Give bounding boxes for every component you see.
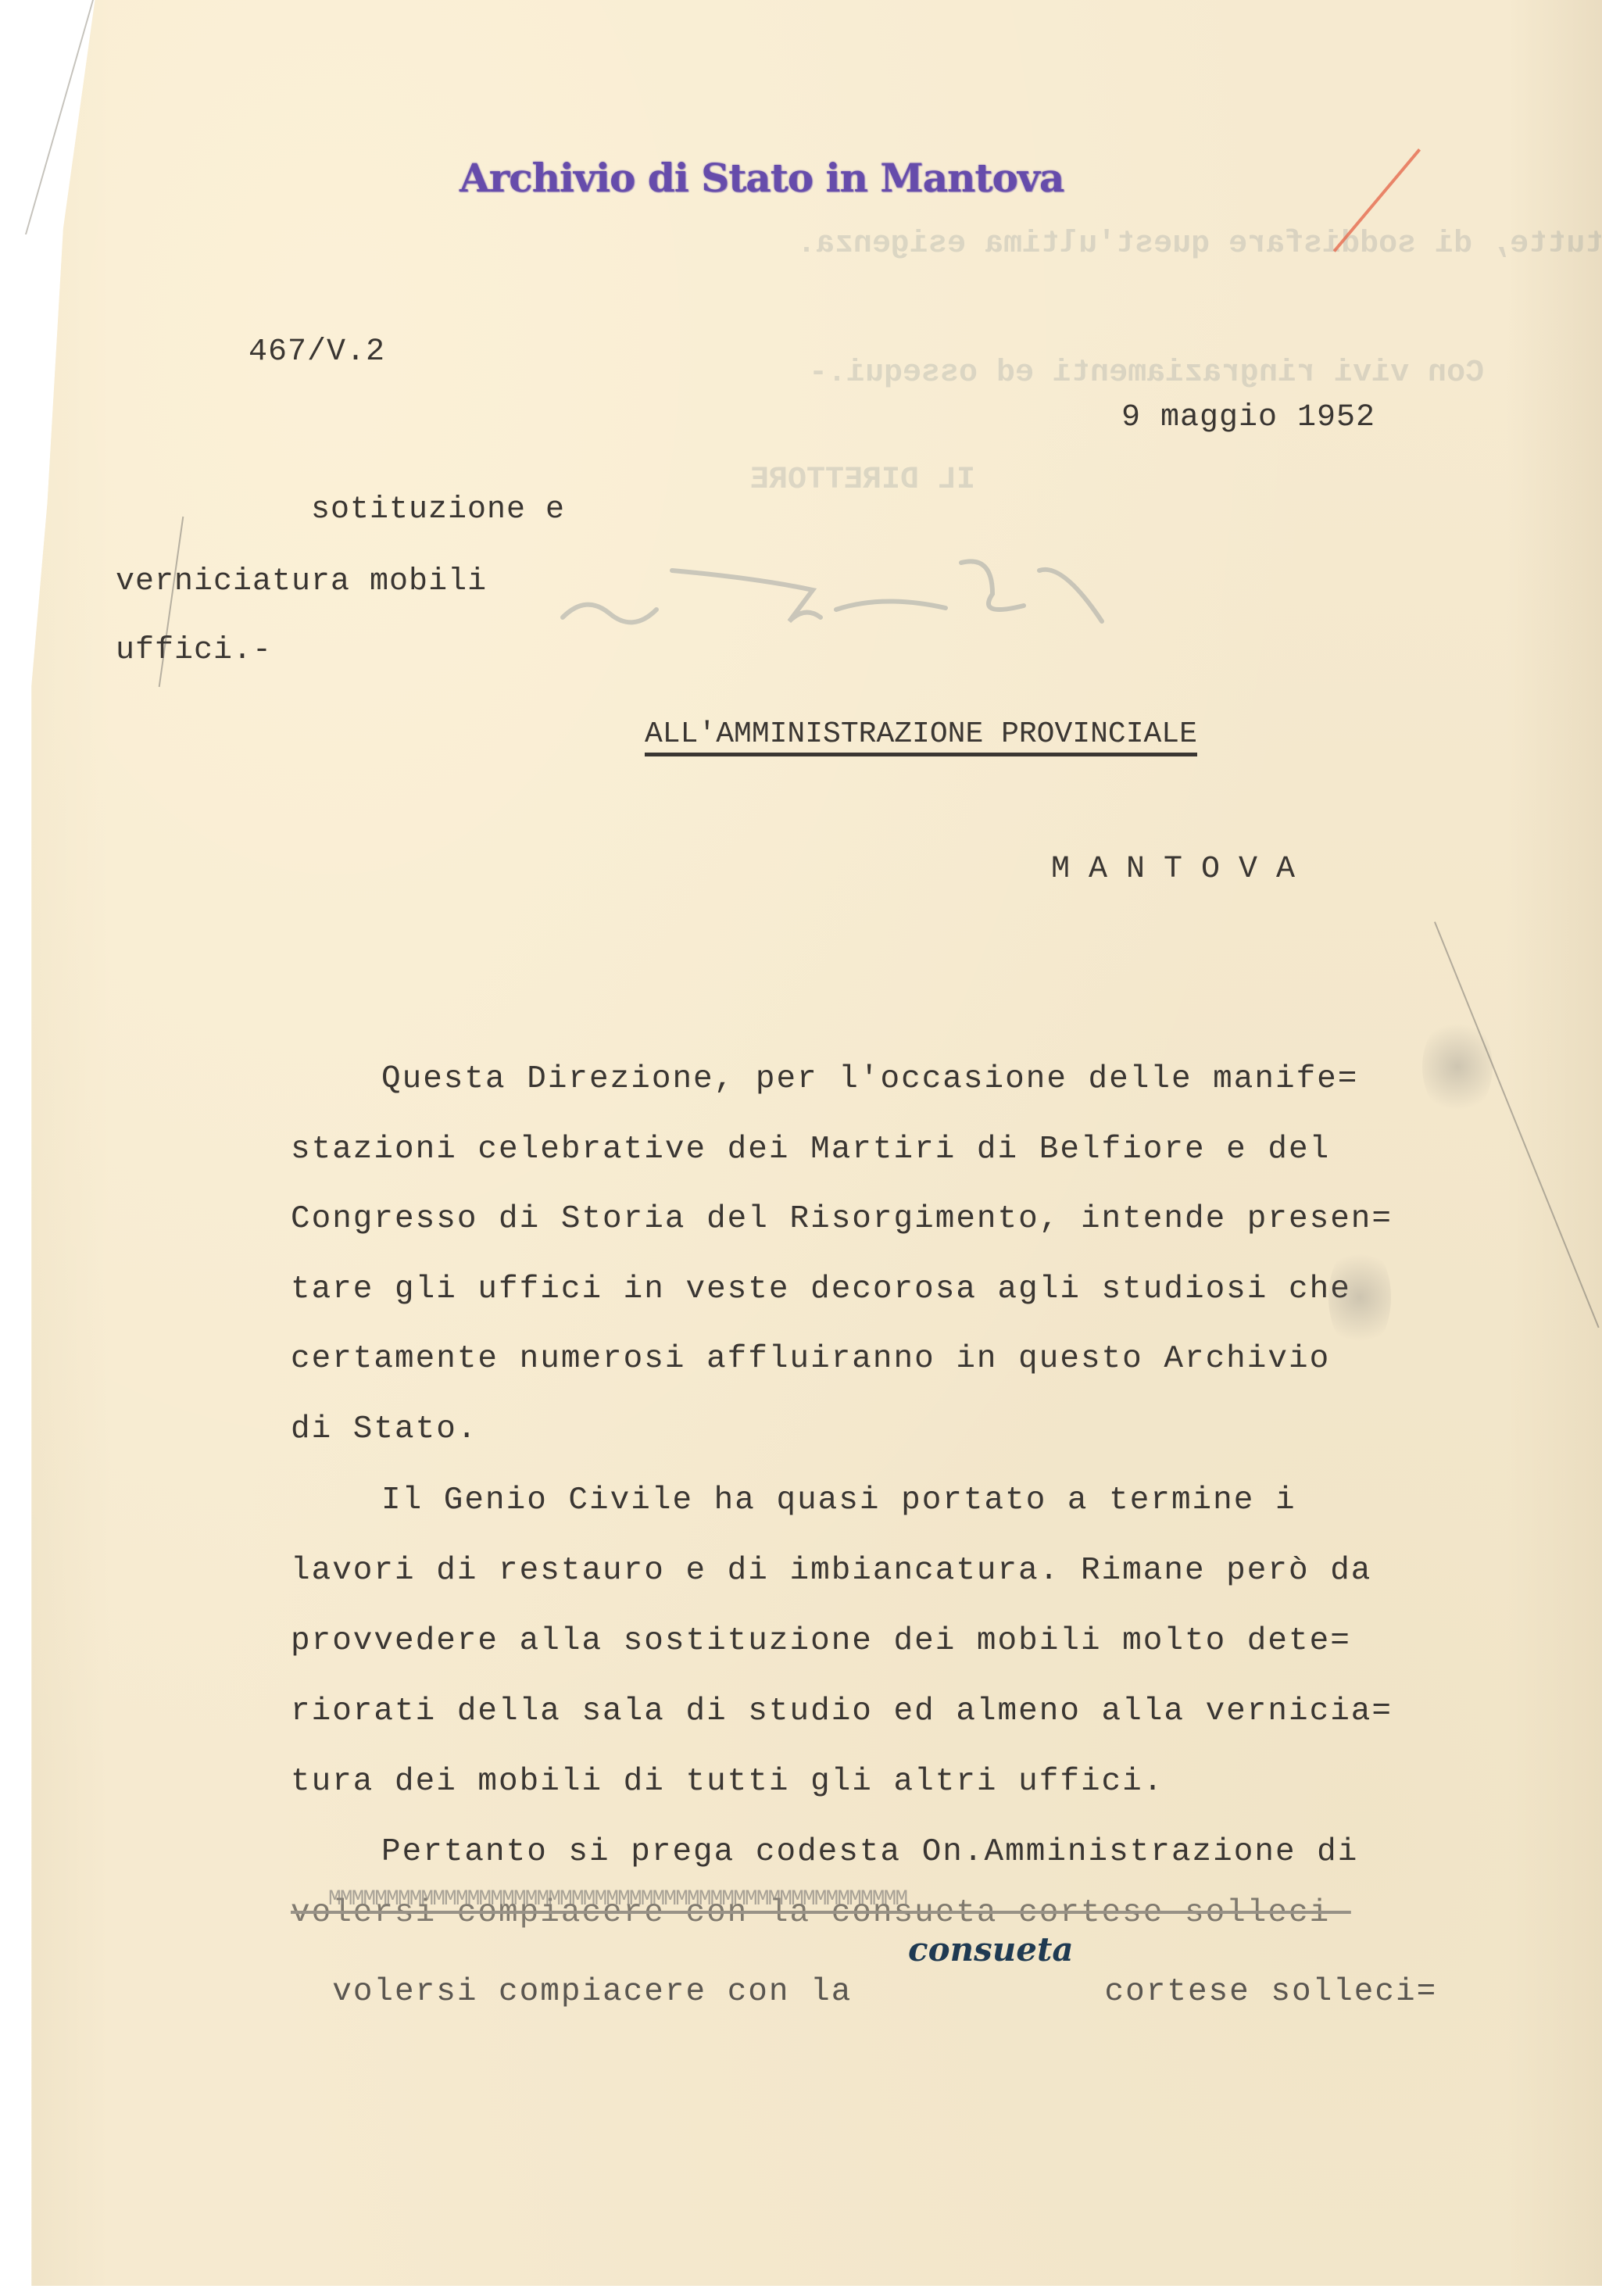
final-line: volersi compiacere con la cortese sollec… (291, 1938, 1437, 2010)
body-line-3: Congresso di Storia del Risorgimento, in… (291, 1201, 1393, 1237)
body-line-5: certamente numerosi affluiranno in quest… (291, 1341, 1330, 1377)
protocol-number: 467/V.2 (249, 334, 385, 370)
body-line-4: tare gli uffici in veste decorosa agli s… (291, 1271, 1351, 1307)
letter-date: 9 maggio 1952 (1121, 400, 1375, 435)
overtype-marks: MMMMMMMMMMMMMMMMMMMMMMMMMMMMMMMMMMMMMMMM… (328, 1887, 906, 1912)
body-line-2: stazioni celebrative dei Martiri di Belf… (291, 1132, 1330, 1168)
body-line-9: provvedere alla sostituzione dei mobili … (291, 1623, 1351, 1659)
subject-line-3: uffici.- (116, 633, 272, 668)
body-line-11: tura dei mobili di tutti gli altri uffic… (291, 1764, 1164, 1800)
bleed-through-line-3: IL DIRETTORE (750, 463, 975, 498)
body-line-12: Pertanto si prega codesta On.Amministraz… (381, 1834, 1358, 1870)
final-line-before: volersi compiacere con la (332, 1974, 873, 2010)
ink-smudge (1328, 1243, 1391, 1352)
body-line-7: Il Genio Civile ha quasi portato a termi… (381, 1482, 1296, 1518)
archive-stamp: Archivio di Stato in Mantova (460, 155, 1064, 201)
addressee: ALL'AMMINISTRAZIONE PROVINCIALE (645, 717, 1197, 756)
bleed-through-line-1: tutte, di soddisfare quest'ultima esigen… (797, 227, 1602, 262)
handwritten-correction: consueta (908, 1930, 1074, 1969)
final-line-after: cortese solleci= (1084, 1974, 1437, 2010)
addressee-city: MANTOVA (1051, 852, 1314, 887)
body-line-1: Questa Direzione, per l'occasione delle … (381, 1061, 1358, 1097)
subject-line-1: sotituzione e (311, 492, 565, 528)
bleed-through-line-2: Con vivi ringraziamenti ed ossequi.- (809, 356, 1484, 391)
body-line-6: di Stato. (291, 1411, 477, 1447)
body-line-10: riorati della sala di studio ed almeno a… (291, 1693, 1393, 1729)
body-line-8: lavori di restauro e di imbiancatura. Ri… (291, 1553, 1371, 1589)
signature-bleed-through-icon (555, 547, 1117, 633)
ink-smudge (1422, 1016, 1493, 1118)
